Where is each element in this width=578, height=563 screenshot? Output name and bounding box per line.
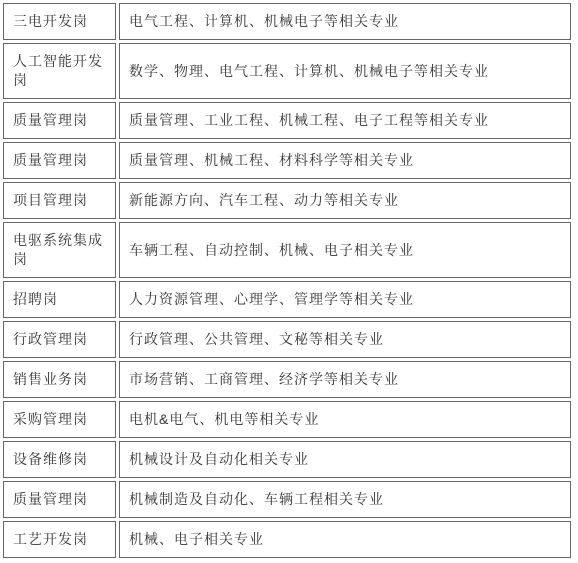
table-row: 工艺开发岗 机械、电子相关专业 (3, 521, 571, 558)
table-row: 销售业务岗 市场营销、工商管理、经济学等相关专业 (3, 361, 571, 398)
position-cell: 销售业务岗 (3, 361, 116, 398)
majors-cell: 新能源方向、汽车工程、动力等相关专业 (119, 182, 571, 219)
position-cell: 质量管理岗 (3, 481, 116, 518)
position-cell: 招聘岗 (3, 281, 116, 318)
position-cell: 采购管理岗 (3, 401, 116, 438)
table-row: 招聘岗 人力资源管理、心理学、管理学等相关专业 (3, 281, 571, 318)
table-row: 项目管理岗 新能源方向、汽车工程、动力等相关专业 (3, 182, 571, 219)
table-row: 质量管理岗 机械制造及自动化、车辆工程相关专业 (3, 481, 571, 518)
table-row: 采购管理岗 电机&电气、机电等相关专业 (3, 401, 571, 438)
table-row: 人工智能开发岗 数学、物理、电气工程、计算机、机械电子等相关专业 (3, 43, 571, 99)
majors-cell: 数学、物理、电气工程、计算机、机械电子等相关专业 (119, 43, 571, 99)
majors-cell: 机械制造及自动化、车辆工程相关专业 (119, 481, 571, 518)
job-positions-table: 三电开发岗 电气工程、计算机、机械电子等相关专业 人工智能开发岗 数学、物理、电… (0, 0, 574, 561)
majors-cell: 机械、电子相关专业 (119, 521, 571, 558)
majors-cell: 质量管理、机械工程、材料科学等相关专业 (119, 142, 571, 179)
majors-cell: 电气工程、计算机、机械电子等相关专业 (119, 3, 571, 40)
table-row: 电驱系统集成岗 车辆工程、自动控制、机械、电子相关专业 (3, 222, 571, 278)
position-cell: 质量管理岗 (3, 142, 116, 179)
table-row: 三电开发岗 电气工程、计算机、机械电子等相关专业 (3, 3, 571, 40)
position-cell: 项目管理岗 (3, 182, 116, 219)
table-row: 行政管理岗 行政管理、公共管理、文秘等相关专业 (3, 321, 571, 358)
position-cell: 电驱系统集成岗 (3, 222, 116, 278)
position-cell: 质量管理岗 (3, 102, 116, 139)
position-cell: 设备维修岗 (3, 441, 116, 478)
majors-cell: 机械设计及自动化相关专业 (119, 441, 571, 478)
position-cell: 人工智能开发岗 (3, 43, 116, 99)
table-row: 质量管理岗 质量管理、工业工程、机械工程、电子工程等相关专业 (3, 102, 571, 139)
position-cell: 三电开发岗 (3, 3, 116, 40)
majors-cell: 市场营销、工商管理、经济学等相关专业 (119, 361, 571, 398)
majors-cell: 车辆工程、自动控制、机械、电子相关专业 (119, 222, 571, 278)
position-cell: 工艺开发岗 (3, 521, 116, 558)
table-row: 设备维修岗 机械设计及自动化相关专业 (3, 441, 571, 478)
position-cell: 行政管理岗 (3, 321, 116, 358)
majors-cell: 行政管理、公共管理、文秘等相关专业 (119, 321, 571, 358)
majors-cell: 电机&电气、机电等相关专业 (119, 401, 571, 438)
majors-cell: 质量管理、工业工程、机械工程、电子工程等相关专业 (119, 102, 571, 139)
table-row: 质量管理岗 质量管理、机械工程、材料科学等相关专业 (3, 142, 571, 179)
majors-cell: 人力资源管理、心理学、管理学等相关专业 (119, 281, 571, 318)
job-positions-table-body: 三电开发岗 电气工程、计算机、机械电子等相关专业 人工智能开发岗 数学、物理、电… (3, 3, 571, 558)
